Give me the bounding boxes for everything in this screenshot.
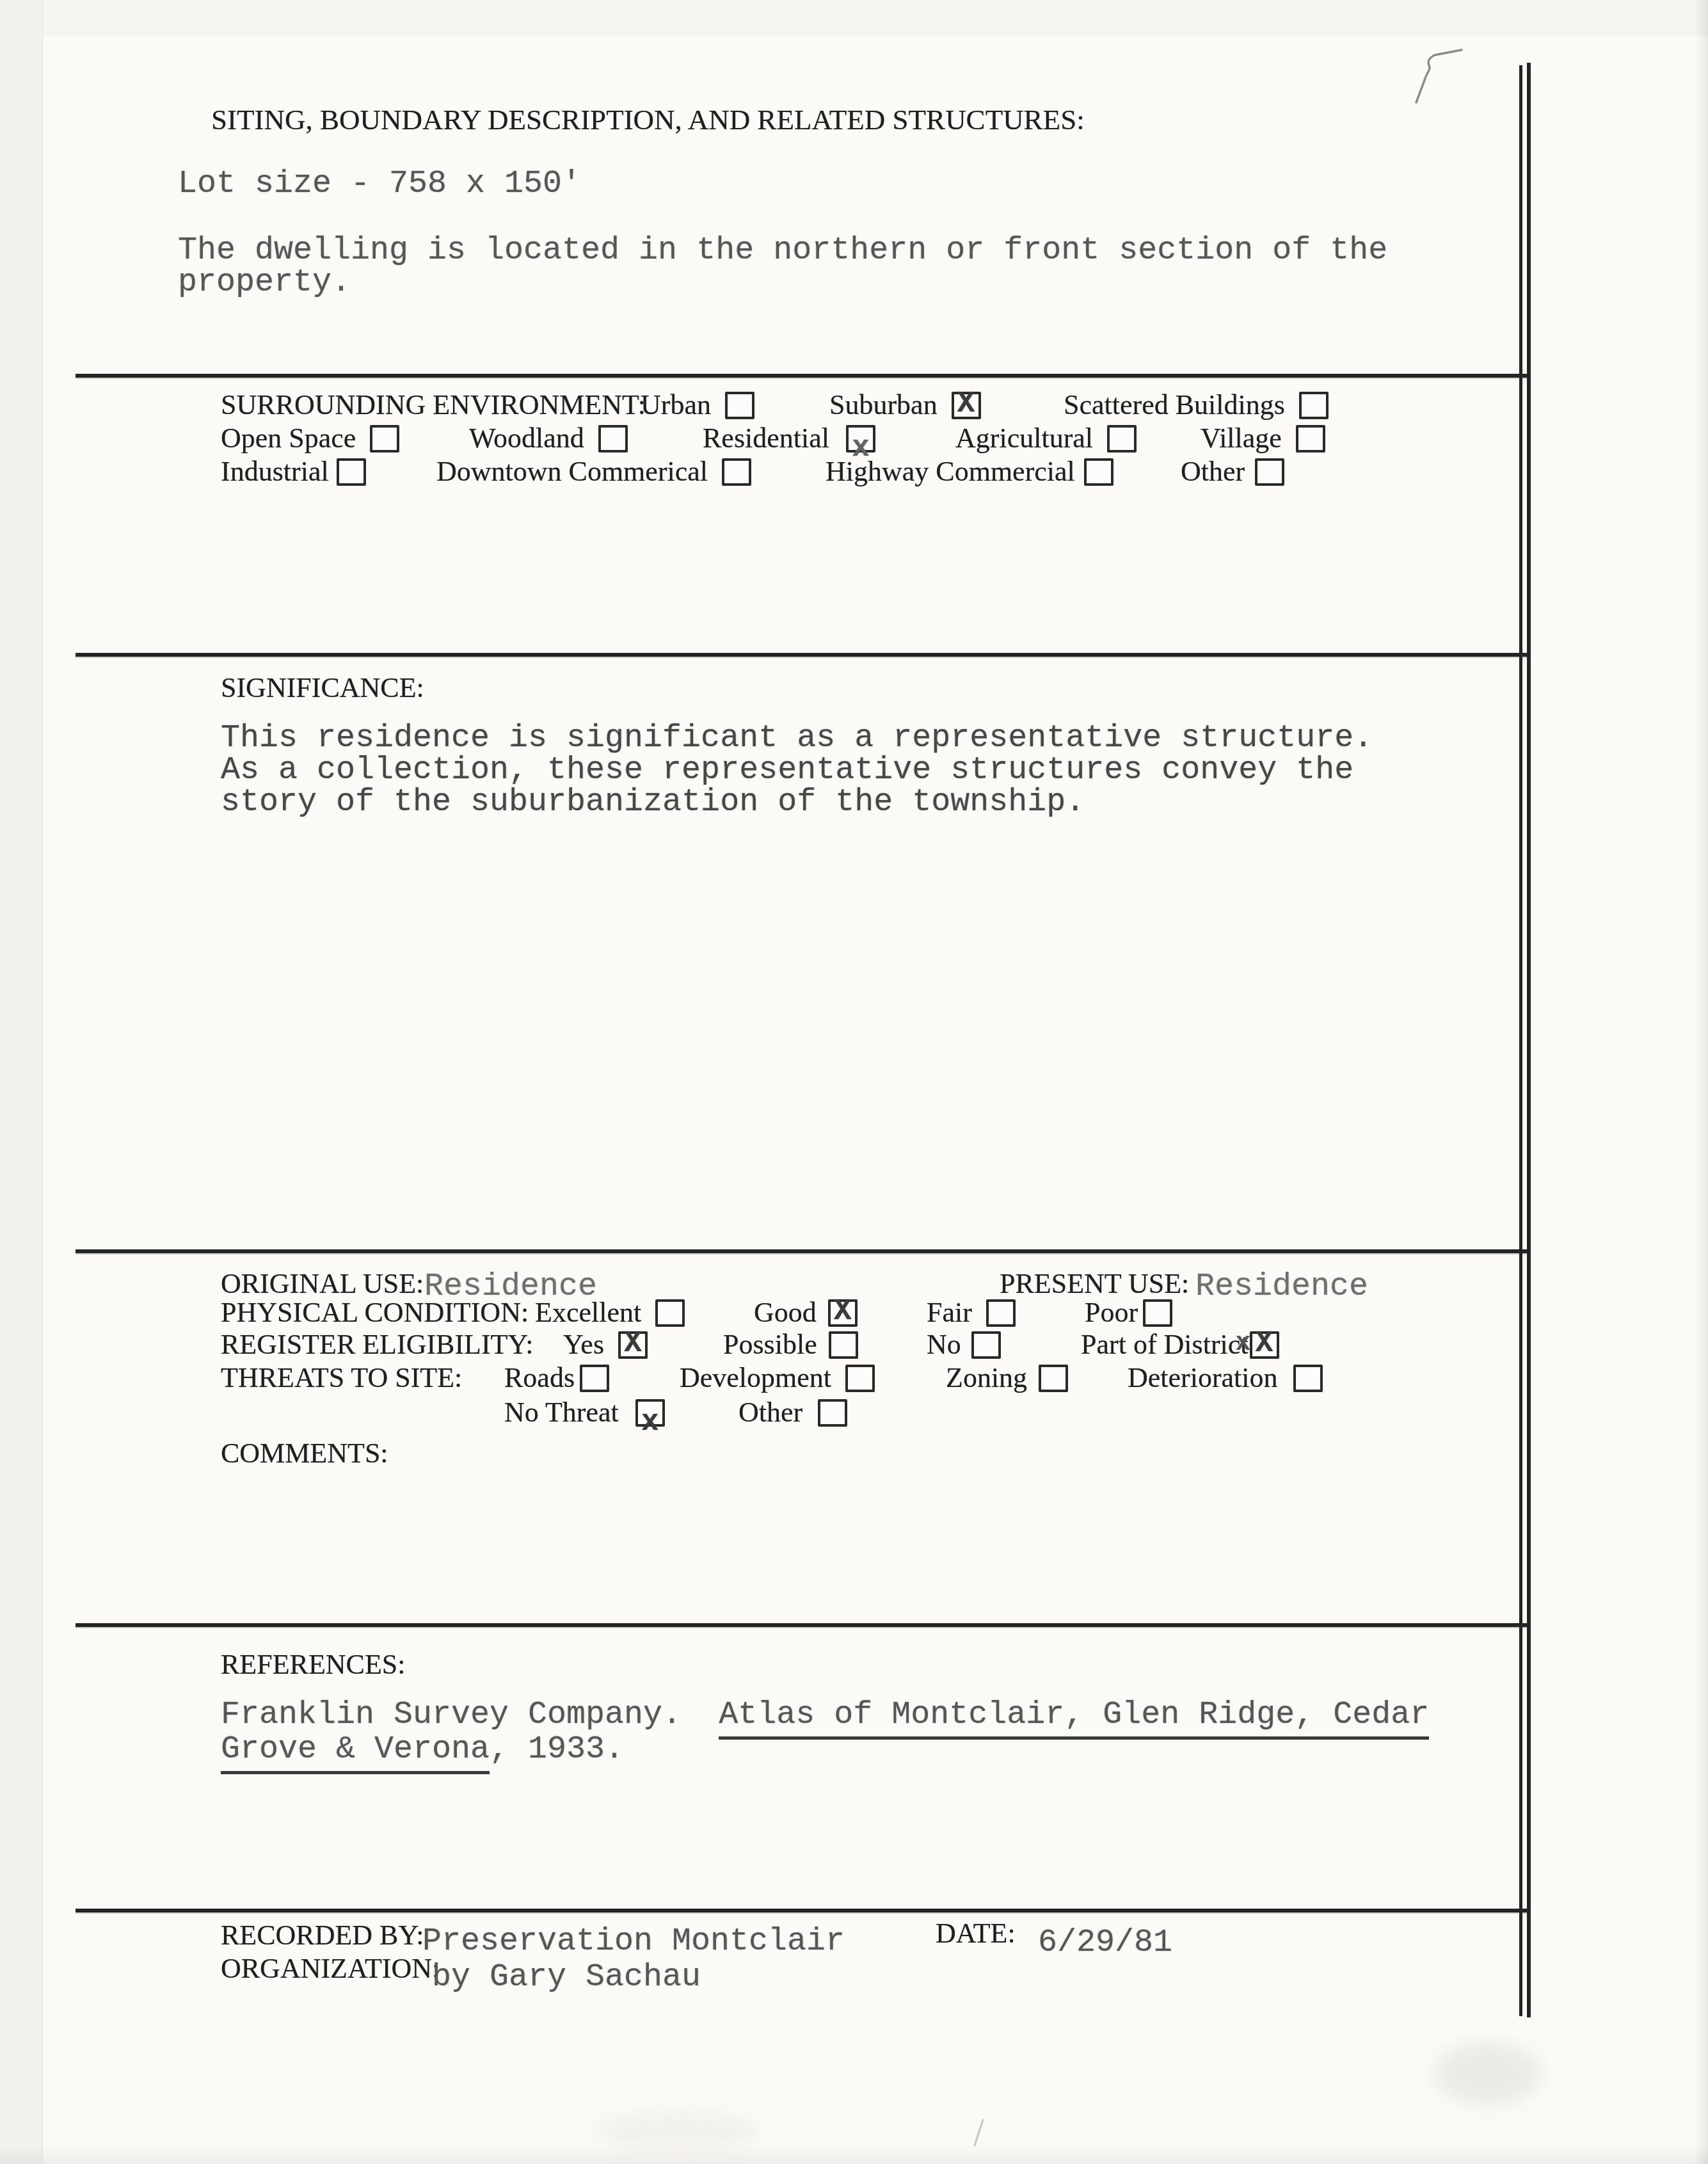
woodland-checkbox bbox=[598, 425, 628, 453]
option-yes: Yes bbox=[563, 1327, 648, 1362]
environment-other-checkbox bbox=[1255, 458, 1284, 486]
downtown-commercial-checkbox bbox=[722, 458, 751, 486]
zoning-checkbox bbox=[1039, 1365, 1068, 1392]
option-label: Fair bbox=[927, 1295, 972, 1330]
section-divider-4 bbox=[76, 1623, 1531, 1627]
reference-author: Franklin Survey Company. bbox=[221, 1697, 682, 1733]
section-divider-5 bbox=[76, 1909, 1531, 1912]
environment-row-3: Industrial Downtown Commerical Highway C… bbox=[0, 454, 1708, 489]
physical-condition-label-wrap: PHYSICAL CONDITION: bbox=[221, 1295, 529, 1330]
option-part-of-district: Part of District bbox=[1081, 1327, 1279, 1362]
urban-checkbox bbox=[725, 392, 754, 419]
register-eligibility-row: REGISTER ELIGIBILITY: Yes Possible No Pa… bbox=[0, 1327, 1708, 1362]
residential-checkbox bbox=[846, 425, 875, 453]
option-no-threat: No Threat bbox=[504, 1395, 665, 1430]
option-industrial: Industrial bbox=[221, 454, 366, 489]
option-label: Yes bbox=[563, 1327, 604, 1362]
option-label: Woodland bbox=[469, 421, 584, 456]
section-divider-1 bbox=[76, 374, 1531, 378]
reference-title-part1: Atlas of Montclair, Glen Ridge, Cedar bbox=[719, 1697, 1429, 1740]
lot-size-text: Lot size - 758 x 150' bbox=[178, 166, 581, 202]
page-border-line-inner bbox=[1519, 65, 1522, 2016]
option-label: Poor bbox=[1085, 1295, 1138, 1330]
reference-line-2: Grove & Verona , 1933. bbox=[221, 1732, 624, 1774]
option-highway-commercial: Highway Commercial bbox=[826, 454, 1113, 489]
pen-scratch-mark bbox=[1401, 38, 1478, 115]
option-label: Development bbox=[680, 1361, 831, 1395]
recorded-by-value: Preservation Montclair bbox=[422, 1924, 845, 1959]
poor-checkbox bbox=[1143, 1299, 1172, 1327]
significance-line3: story of the suburbanization of the town… bbox=[221, 785, 1085, 820]
page-border-line-outer bbox=[1527, 63, 1531, 2017]
option-open-space: Open Space bbox=[221, 421, 399, 456]
option-label: Suburban bbox=[829, 388, 938, 422]
option-fair: Fair bbox=[927, 1295, 1016, 1330]
option-good: Good bbox=[754, 1295, 858, 1330]
organization-label: ORGANIZATION: bbox=[221, 1953, 440, 1985]
option-agricultural: Agricultural bbox=[955, 421, 1137, 456]
physical-condition-label: PHYSICAL CONDITION: bbox=[221, 1295, 529, 1330]
scan-smudge bbox=[1433, 2042, 1542, 2106]
option-no: No bbox=[927, 1327, 1001, 1362]
yes-checkbox bbox=[618, 1331, 648, 1359]
references-section-label: REFERENCES: bbox=[221, 1649, 406, 1681]
scan-edge-left bbox=[0, 0, 43, 2164]
threats-row-1: THREATS TO SITE: Roads Development Zonin… bbox=[0, 1361, 1708, 1395]
pencil-slash-mark bbox=[973, 2119, 984, 2147]
threats-other-checkbox bbox=[818, 1399, 847, 1427]
physical-condition-row: PHYSICAL CONDITION: Excellent Good Fair … bbox=[0, 1295, 1708, 1330]
possible-checkbox bbox=[829, 1331, 858, 1359]
option-environment-other: Other bbox=[1181, 454, 1284, 489]
excellent-checkbox bbox=[655, 1299, 685, 1327]
significance-line2: As a collection, these representative st… bbox=[221, 753, 1353, 788]
scattered-buildings-checkbox bbox=[1299, 392, 1329, 419]
option-suburban: Suburban bbox=[829, 388, 981, 422]
date-label: DATE: bbox=[936, 1918, 1016, 1950]
option-label: Zoning bbox=[946, 1361, 1027, 1395]
option-label: Other bbox=[738, 1395, 802, 1430]
option-zoning: Zoning bbox=[946, 1361, 1068, 1395]
scanned-survey-form: SITING, BOUNDARY DESCRIPTION, AND RELATE… bbox=[0, 0, 1708, 2164]
roads-checkbox bbox=[580, 1365, 609, 1392]
open-space-checkbox bbox=[370, 425, 399, 453]
option-threats-other: Other bbox=[738, 1395, 847, 1430]
agricultural-checkbox bbox=[1107, 425, 1137, 453]
option-possible: Possible bbox=[723, 1327, 858, 1362]
reference-year: , 1933. bbox=[490, 1732, 624, 1767]
section-divider-3 bbox=[76, 1249, 1531, 1253]
significance-line1: This residence is significant as a repre… bbox=[221, 721, 1373, 756]
threats-row-2: No Threat Other bbox=[0, 1395, 1708, 1430]
dwelling-location-line1: The dwelling is located in the northern … bbox=[178, 233, 1387, 268]
siting-section-title: SITING, BOUNDARY DESCRIPTION, AND RELATE… bbox=[211, 104, 1085, 137]
option-label: Open Space bbox=[221, 421, 356, 456]
highway-commercial-checkbox bbox=[1084, 458, 1113, 486]
deterioration-checkbox bbox=[1293, 1365, 1323, 1392]
suburban-checkbox bbox=[952, 392, 981, 419]
good-checkbox bbox=[828, 1299, 858, 1327]
part-of-district-checkbox bbox=[1250, 1331, 1279, 1359]
scan-edge-bottom bbox=[0, 2145, 1708, 2164]
option-label: Good bbox=[754, 1295, 817, 1330]
organization-value: by Gary Sachau bbox=[432, 1960, 701, 1995]
section-divider-2 bbox=[76, 653, 1531, 657]
option-label: Roads bbox=[504, 1361, 575, 1395]
village-checkbox bbox=[1296, 425, 1325, 453]
option-urban: Urban bbox=[641, 388, 754, 422]
option-deterioration: Deterioration bbox=[1128, 1361, 1323, 1395]
comments-section-label: COMMENTS: bbox=[221, 1438, 388, 1470]
option-downtown-commercial: Downtown Commerical bbox=[436, 454, 751, 489]
dwelling-location-line2: property. bbox=[178, 265, 351, 300]
environment-row-2: Open Space Woodland Residential Agricult… bbox=[0, 421, 1708, 456]
option-label: Other bbox=[1181, 454, 1245, 489]
option-label: Possible bbox=[723, 1327, 817, 1362]
environment-row-1: SURROUNDING ENVIRONMENT: Urban Suburban … bbox=[0, 388, 1708, 422]
recorded-by-label: RECORDED BY: bbox=[221, 1920, 424, 1952]
option-roads: Roads bbox=[504, 1361, 609, 1395]
significance-section-label: SIGNIFICANCE: bbox=[221, 672, 424, 705]
option-label: No bbox=[927, 1327, 961, 1362]
register-eligibility-label-wrap: REGISTER ELIGIBILITY: bbox=[221, 1327, 533, 1362]
no-checkbox bbox=[971, 1331, 1001, 1359]
scan-edge-right bbox=[1694, 0, 1708, 2164]
option-label: Agricultural bbox=[955, 421, 1093, 456]
register-eligibility-label: REGISTER ELIGIBILITY: bbox=[221, 1327, 533, 1362]
option-poor: Poor bbox=[1085, 1295, 1172, 1330]
option-label: Excellent bbox=[535, 1295, 641, 1330]
option-residential: Residential bbox=[703, 421, 875, 456]
option-village: Village bbox=[1201, 421, 1325, 456]
reference-title-part2: Grove & Verona bbox=[221, 1732, 490, 1774]
threats-label-wrap: THREATS TO SITE: bbox=[221, 1361, 462, 1395]
environment-section-label: SURROUNDING ENVIRONMENT: bbox=[221, 388, 646, 422]
option-label: Highway Commercial bbox=[826, 454, 1075, 489]
threats-label: THREATS TO SITE: bbox=[221, 1361, 462, 1395]
scan-edge-top bbox=[0, 0, 1708, 36]
date-value: 6/29/81 bbox=[1038, 1925, 1172, 1960]
option-label: No Threat bbox=[504, 1395, 619, 1430]
option-label: Urban bbox=[641, 388, 711, 422]
option-label: Village bbox=[1201, 421, 1282, 456]
option-development: Development bbox=[680, 1361, 875, 1395]
option-label: Downtown Commerical bbox=[436, 454, 708, 489]
option-label: Residential bbox=[703, 421, 829, 456]
development-checkbox bbox=[845, 1365, 875, 1392]
industrial-checkbox bbox=[337, 458, 366, 486]
option-label: Deterioration bbox=[1128, 1361, 1278, 1395]
option-label: Scattered Buildings bbox=[1064, 388, 1285, 422]
option-excellent: Excellent bbox=[535, 1295, 685, 1330]
environment-section-label-wrap: SURROUNDING ENVIRONMENT: bbox=[221, 388, 646, 422]
option-scattered-buildings: Scattered Buildings bbox=[1064, 388, 1329, 422]
no-threat-checkbox bbox=[635, 1399, 665, 1427]
option-label: Industrial bbox=[221, 454, 329, 489]
fair-checkbox bbox=[986, 1299, 1016, 1327]
option-label: Part of District bbox=[1081, 1327, 1249, 1362]
option-woodland: Woodland bbox=[469, 421, 628, 456]
